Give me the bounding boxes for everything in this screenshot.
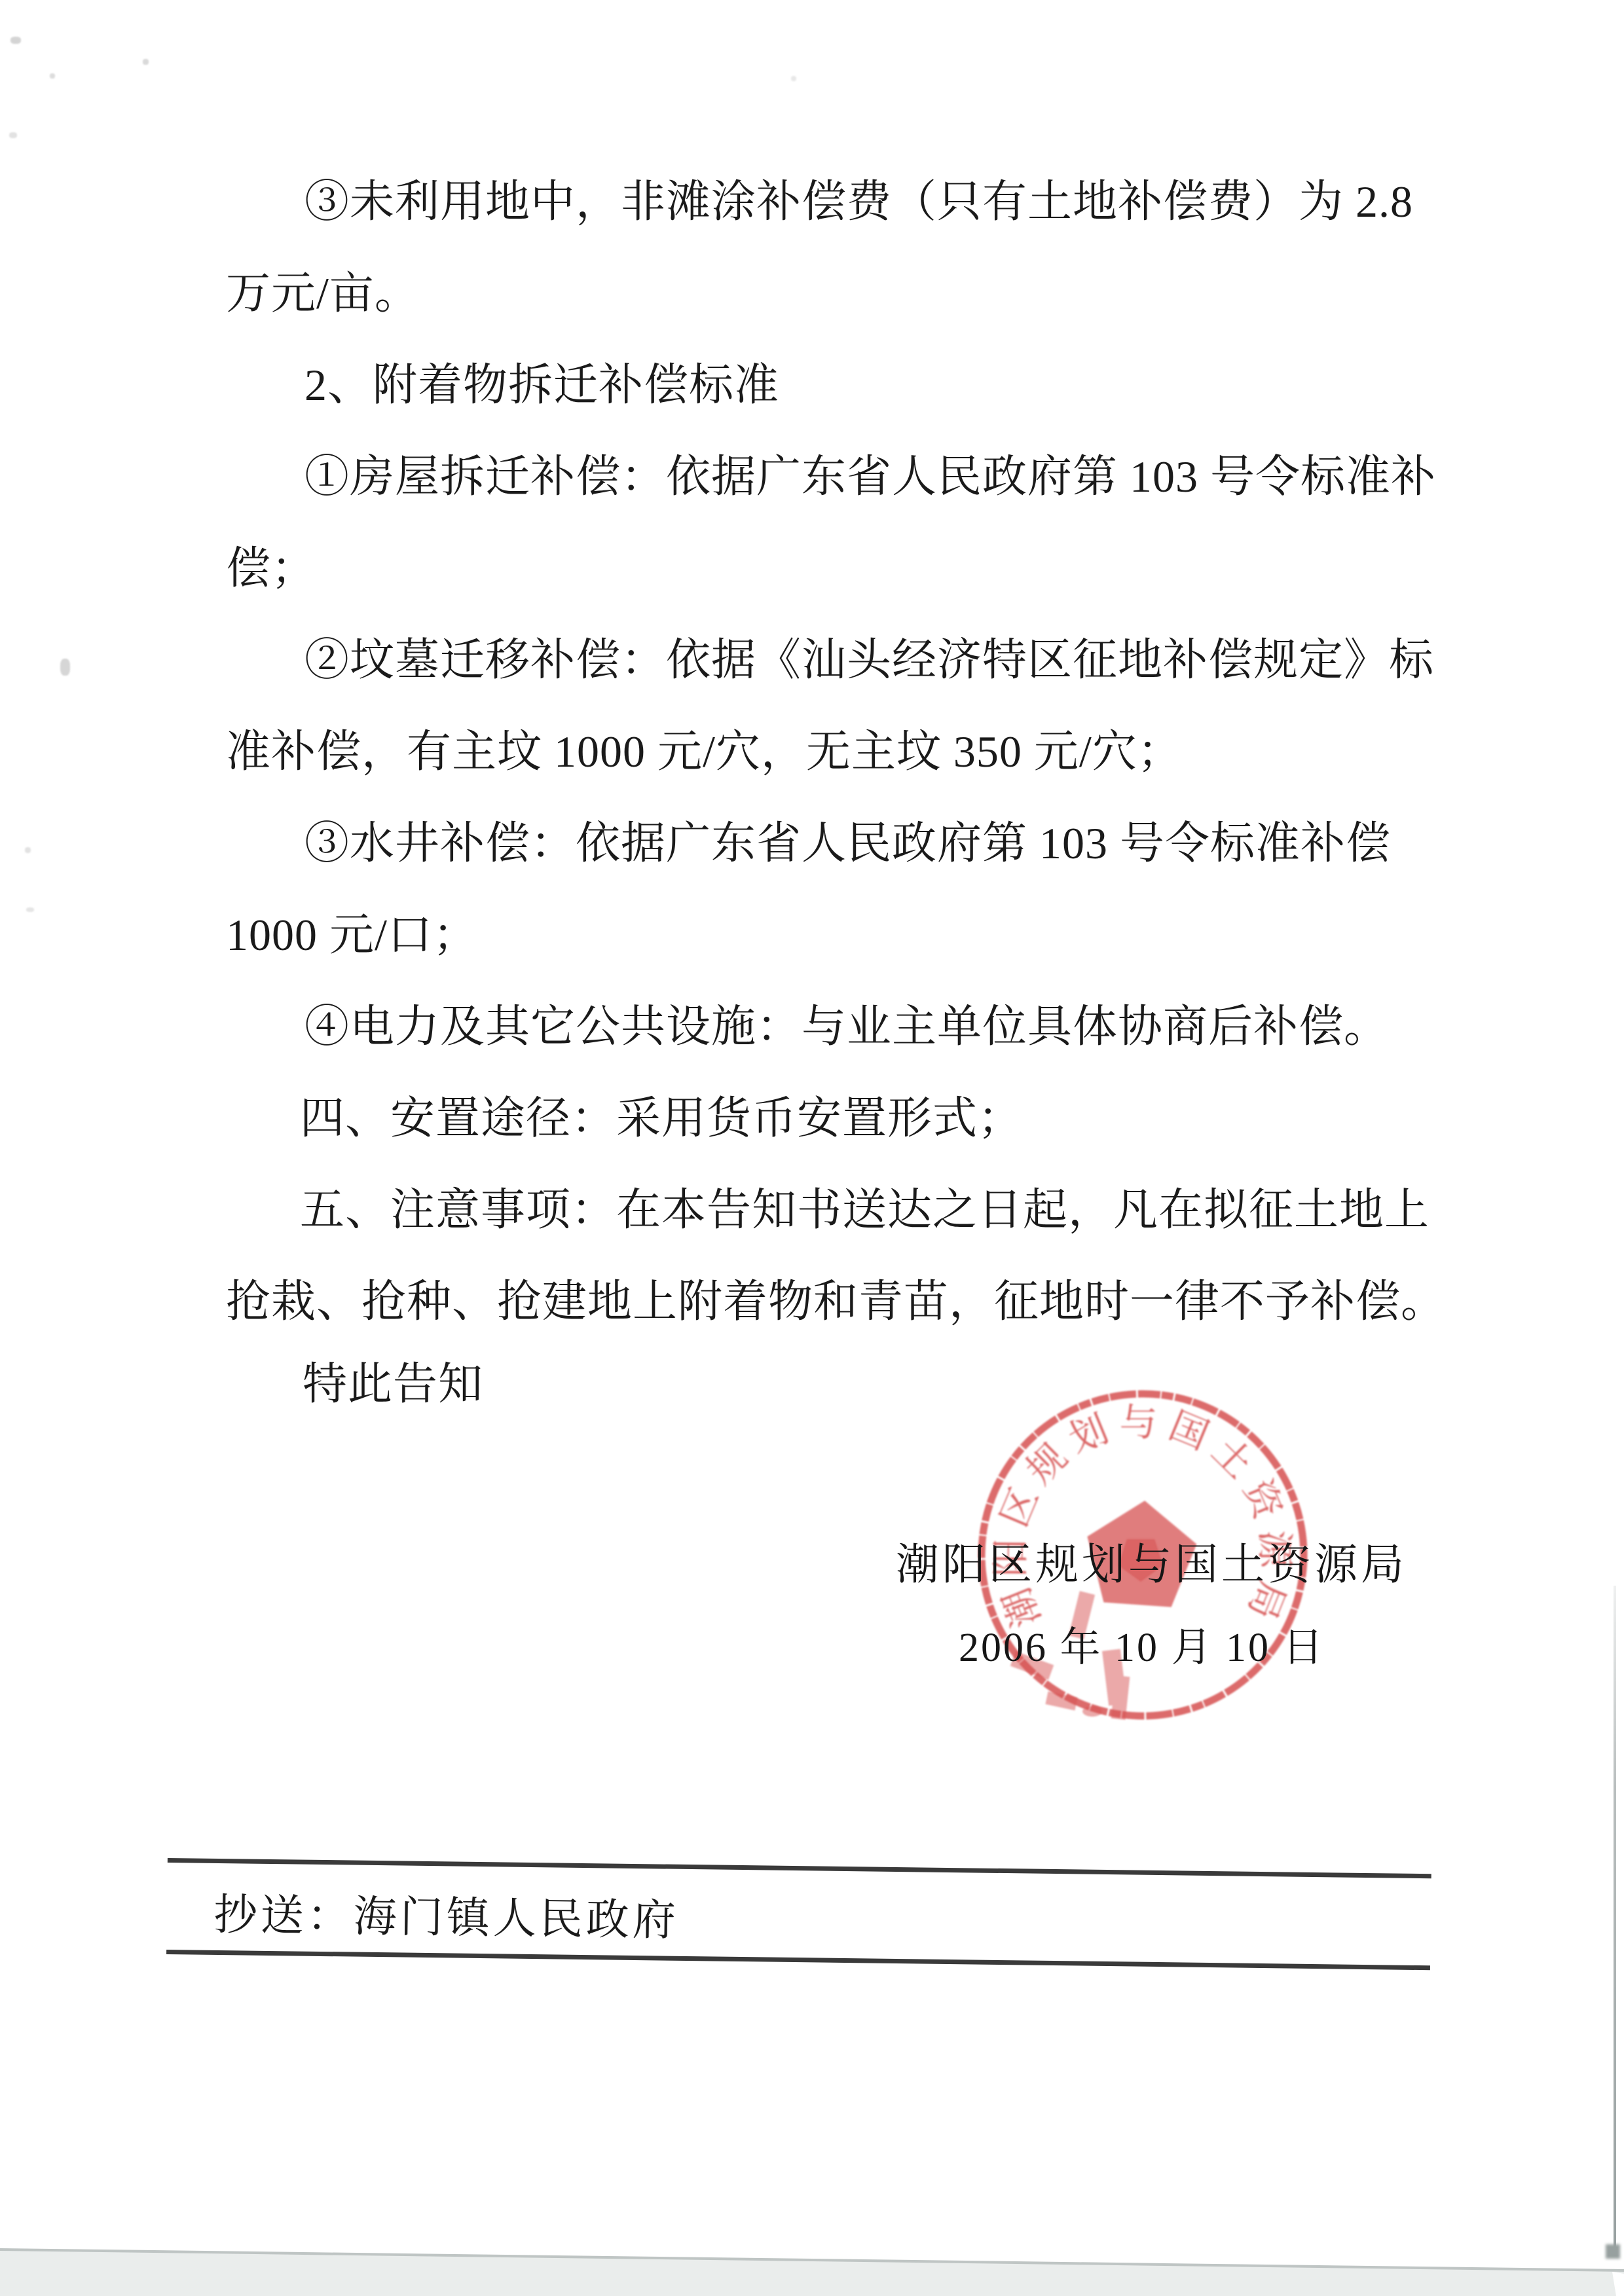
scan-edge-blob	[1606, 2244, 1620, 2259]
body-line: 1000 元/口；	[226, 913, 478, 957]
scan-speck	[50, 73, 55, 79]
scan-speck	[60, 659, 70, 676]
scan-speck	[10, 37, 21, 44]
body-line-section-4: 四、安置途径：采用货币安置形式；	[300, 1096, 1023, 1140]
scan-speck	[143, 59, 149, 65]
body-line: 抢栽、抢种、抢建地上附着物和青苗，征地时一律不予补偿。	[226, 1279, 1446, 1324]
signature-date: 2006 年 10 月 10 日	[959, 1628, 1325, 1668]
cc-line: 抄送：海门镇人民政府	[213, 1894, 679, 1943]
body-line: 准补偿，有主坟 1000 元/穴，无主坟 350 元/穴；	[226, 729, 1183, 774]
scan-edge-line	[1614, 1586, 1616, 2252]
scan-speck	[791, 76, 796, 81]
cc-block: 抄送：海门镇人民政府	[166, 1853, 1434, 2013]
body-line-section-2: 2、附着物拆迁补偿标准	[304, 363, 779, 407]
body-line: ③未利用地中，非滩涂补偿费（只有土地补偿费）为 2.8	[304, 179, 1413, 224]
scan-speck	[9, 132, 17, 138]
body-line: 万元/亩。	[226, 271, 420, 316]
seal-curved-text: 潮阳区规划与国土资源局	[989, 1401, 1297, 1633]
body-line: ④电力及其它公共设施：与业主单位具体协商后补偿。	[304, 1004, 1389, 1049]
closing-line: 特此告知	[303, 1362, 483, 1406]
body-line: ①房屋拆迁补偿：依据广东省人民政府第 103 号令标准补	[304, 454, 1436, 499]
divider	[166, 1950, 1430, 1970]
divider	[168, 1858, 1431, 1878]
body-line-section-5: 五、注意事项：在本告知书送达之日起，凡在拟征土地上	[300, 1188, 1430, 1232]
scan-speck	[26, 907, 34, 912]
scan-bottom-band	[0, 2239, 1624, 2296]
body-line: ③水井补偿：依据广东省人民政府第 103 号令标准补偿	[304, 821, 1391, 866]
scan-speck	[25, 847, 31, 853]
body-line: 偿；	[226, 546, 316, 591]
body-line: ②坟墓迁移补偿：依据《汕头经济特区征地补偿规定》标	[304, 638, 1434, 682]
document-page: 潮阳区规划与国土资源局 ③未利用地中，非滩涂补偿费（只有土地补偿费）为 2.8 …	[0, 0, 1624, 2296]
signature-organization: 潮阳区规划与国土资源局	[896, 1544, 1407, 1587]
